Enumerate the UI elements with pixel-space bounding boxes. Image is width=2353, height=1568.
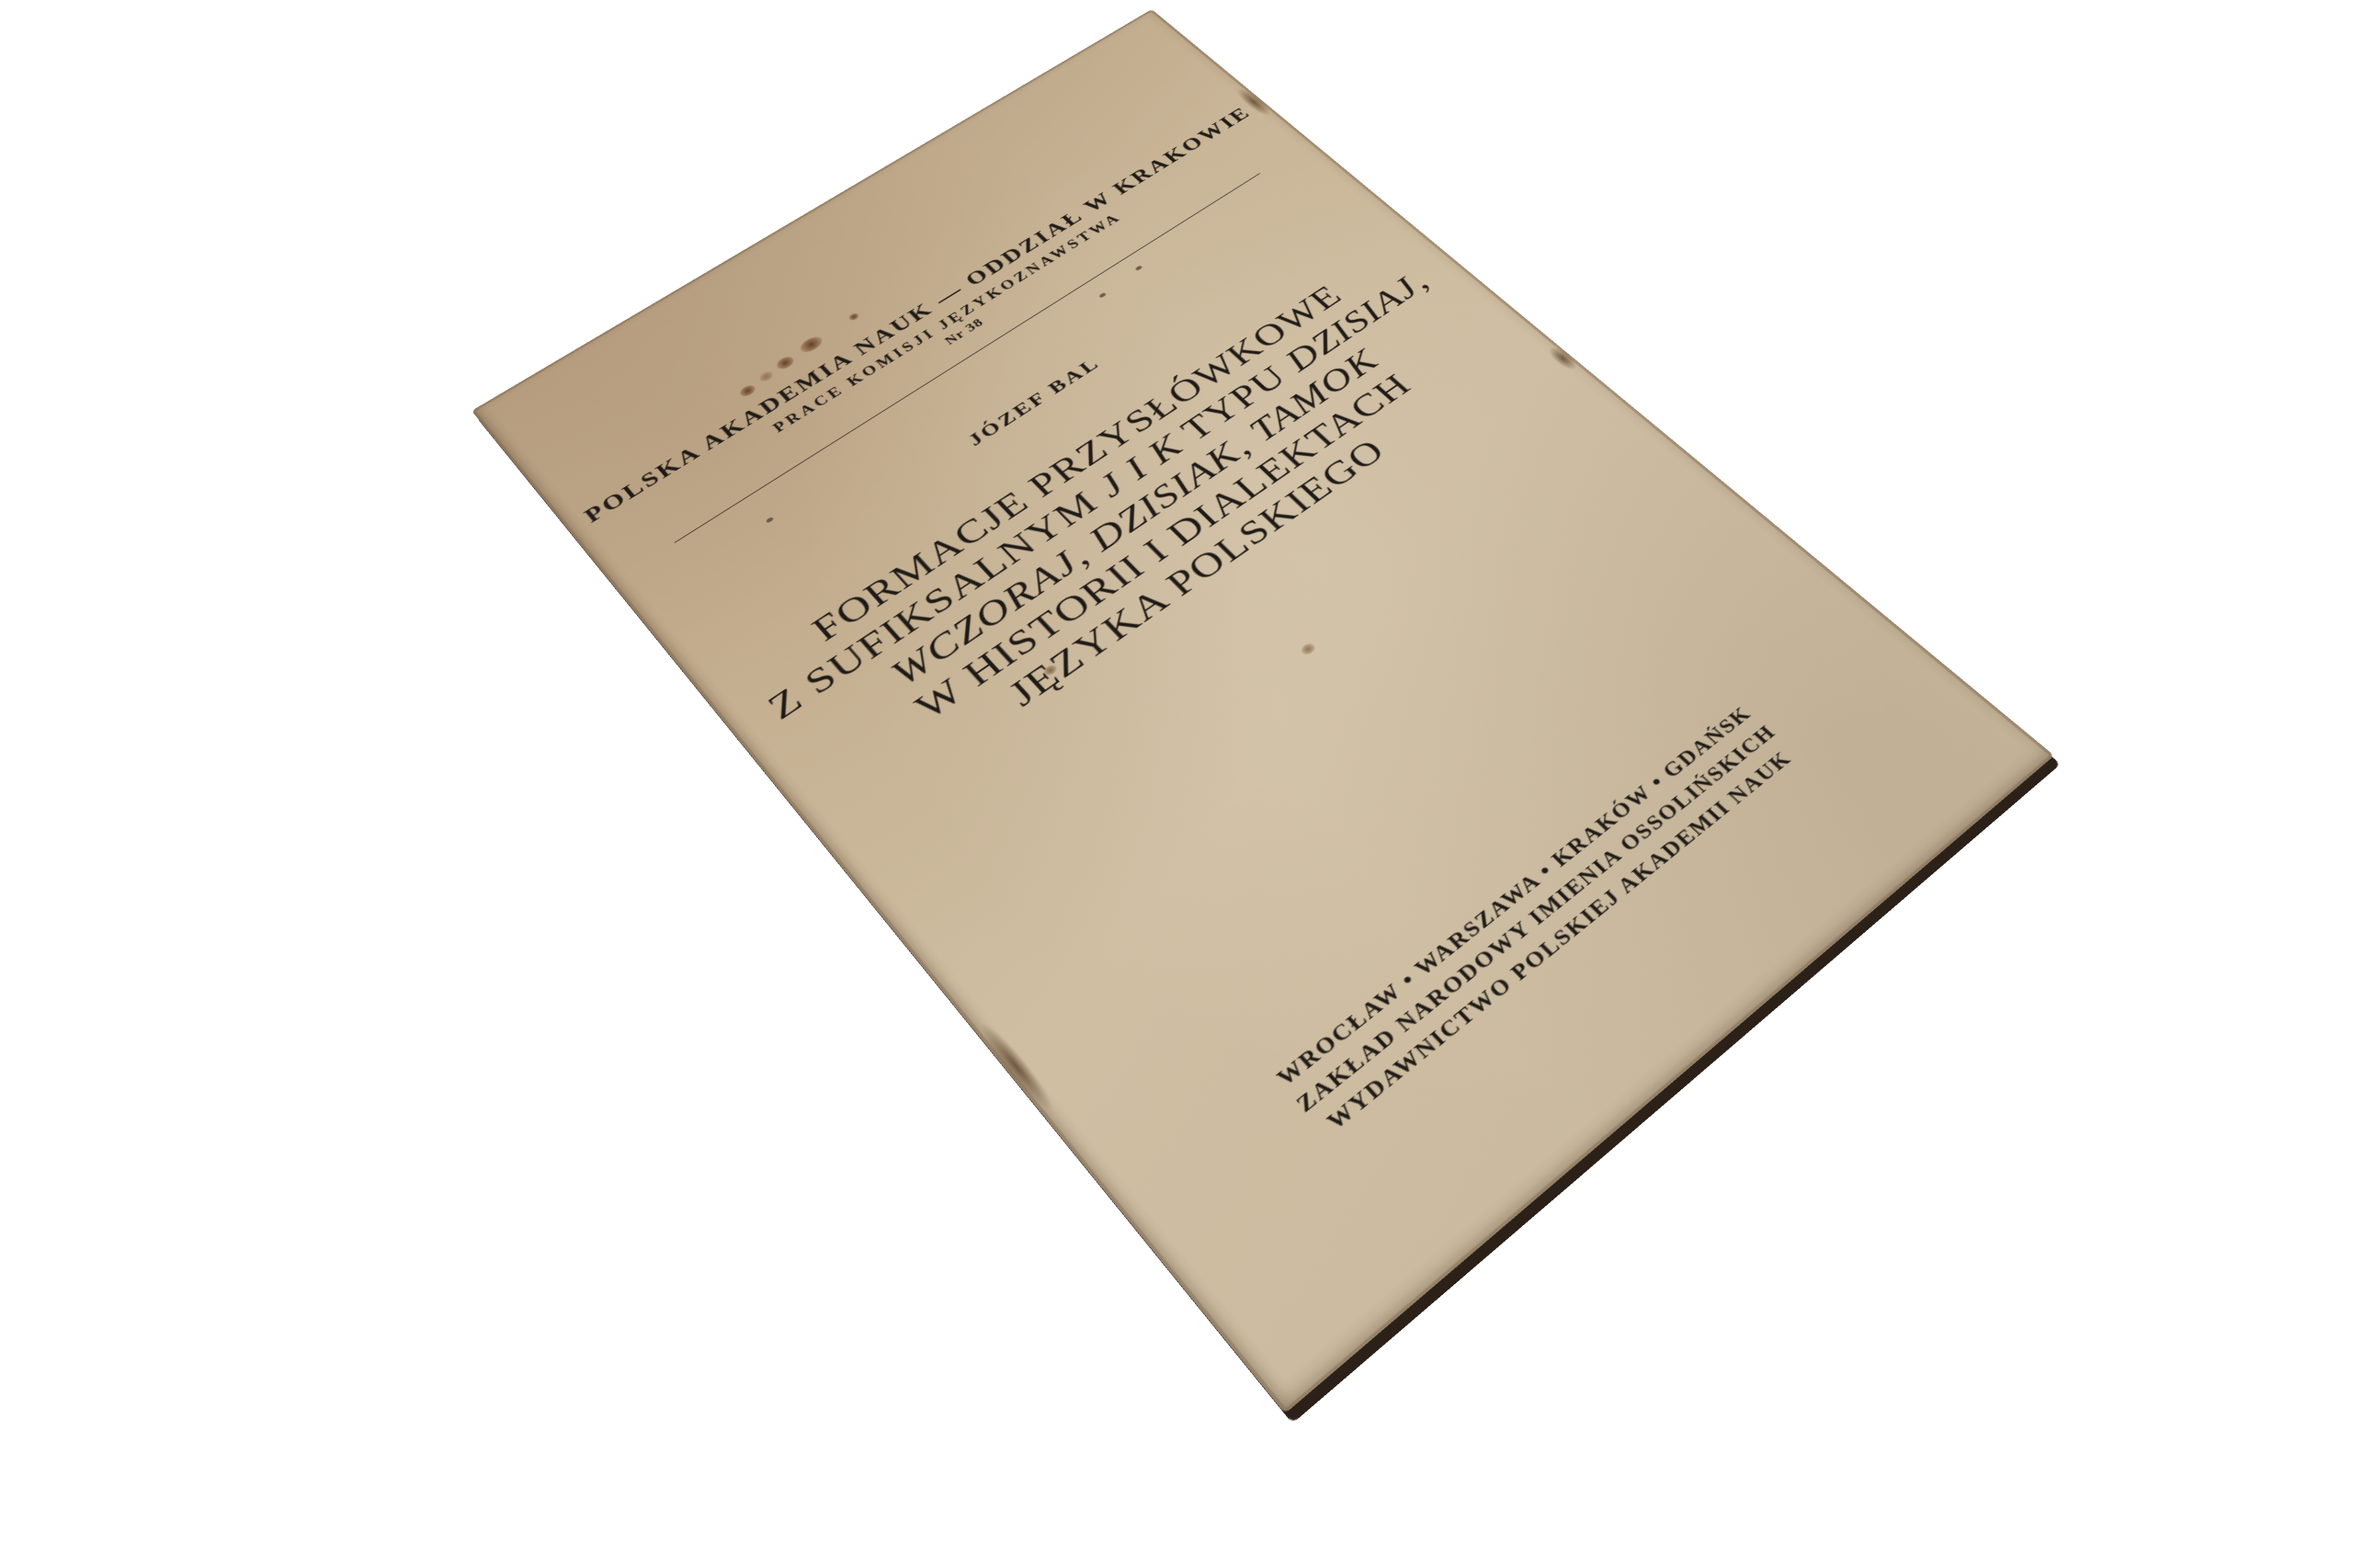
speck <box>1098 292 1107 299</box>
edge-wear <box>973 1017 1061 1117</box>
publisher-name: ZAKŁAD NARODOWY IMIENIA OSSOLIŃSKICH <box>1130 617 1910 1248</box>
photo-stage: POLSKA AKADEMIA NAUK — ODDZIAŁ W KRAKOWI… <box>0 0 2353 1568</box>
stain-spot <box>757 369 775 383</box>
stain-spot <box>847 312 860 321</box>
book-cover: POLSKA AKADEMIA NAUK — ODDZIAŁ W KRAKOWI… <box>472 9 2054 1414</box>
stain-spot <box>1299 642 1317 656</box>
speck <box>766 517 774 523</box>
speck <box>1135 265 1143 270</box>
publisher-block: WROCŁAW • WARSZAWA • KRAKÓW • GDAŃSK ZAK… <box>1108 598 1933 1275</box>
publisher-cities: WROCŁAW • WARSZAWA • KRAKÓW • GDAŃSK <box>1108 598 1887 1222</box>
publisher-imprint: WYDAWNICTWO POLSKIEJ AKADEMII NAUK <box>1151 636 1933 1275</box>
title-line-2: Z SUFIKSALNYM J I K TYPU DZISIAJ, <box>722 245 1466 753</box>
stain-spot <box>738 383 758 399</box>
stain-spot <box>797 334 825 355</box>
stain-spot <box>774 355 796 372</box>
